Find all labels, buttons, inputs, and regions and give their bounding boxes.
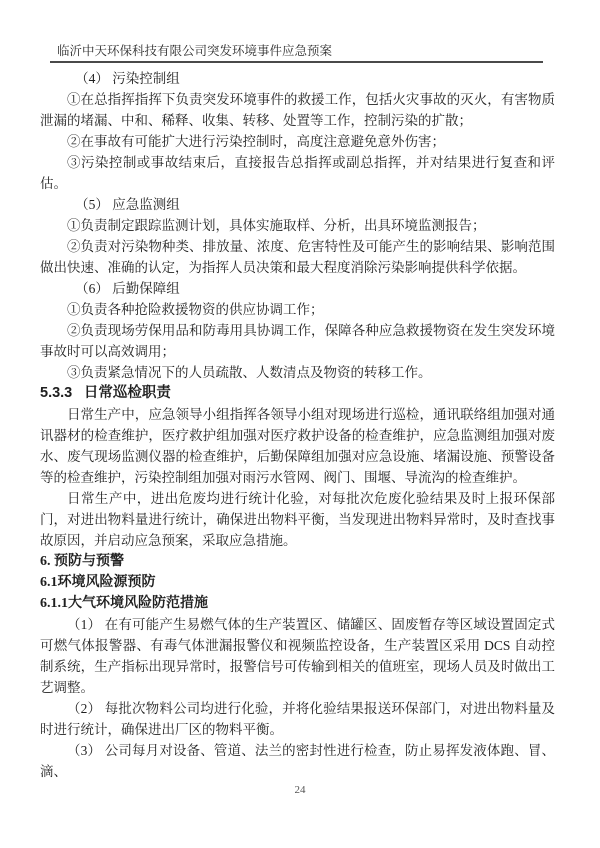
section-heading-533: 5.3.3日常巡检职责 [40, 383, 555, 404]
paragraph: 日常生产中，进出危废均进行统计化验，对每批次危废化验结果及时上报环保部门，对进出… [40, 488, 555, 551]
document-body: （4） 污染控制组 ①在总指挥指挥下负责突发环境事件的救援工作，包括火灾事故的灭… [40, 68, 555, 782]
section-heading-61: 6.1环境风险源预防 [40, 572, 555, 593]
paragraph: ②负责对污染物种类、排放量、浓度、危害特性及可能产生的影响结果、影响范围做出快速… [40, 236, 555, 278]
paragraph: ①负责制定跟踪监测计划，具体实施取样、分析，出具环境监测报告； [40, 215, 555, 236]
paragraph: 日常生产中，应急领导小组指挥各领导小组对现场进行巡检，通讯联络组加强对通讯器材的… [40, 404, 555, 488]
page-footer: 24 [0, 784, 600, 796]
section-heading-6: 6. 预防与预警 [40, 551, 555, 572]
page-header: 临沂中天环保科技有限公司突发环境事件应急预案 [50, 44, 543, 63]
section-title: 日常巡检职责 [84, 385, 171, 401]
paragraph: （2） 每批次物料公司均进行化验，并将化验结果报送环保部门，对进出物料量及时进行… [40, 698, 555, 740]
paragraph: （3） 公司每月对设备、管道、法兰的密封性进行检查，防止易挥发液体跑、冒、滴、 [40, 740, 555, 782]
document-page: 临沂中天环保科技有限公司突发环境事件应急预案 （4） 污染控制组 ①在总指挥指挥… [0, 0, 600, 848]
header-title: 临沂中天环保科技有限公司突发环境事件应急预案 [57, 44, 332, 58]
paragraph: ①负责各种抢险救援物资的供应协调工作； [40, 299, 555, 320]
list-item-group-5: （5） 应急监测组 [40, 194, 555, 215]
section-number: 5.3.3 [40, 385, 72, 401]
paragraph: ②在事故有可能扩大进行污染控制时，高度注意避免意外伤害； [40, 131, 555, 152]
page-number: 24 [295, 784, 306, 796]
list-item-group-6: （6） 后勤保障组 [40, 278, 555, 299]
list-item-group-4: （4） 污染控制组 [40, 68, 555, 89]
paragraph: ③负责紧急情况下的人员疏散、人数清点及物资的转移工作。 [40, 362, 555, 383]
paragraph: ②负责现场劳保用品和防毒用具协调工作，保障各种应急救援物资在发生突发环境事故时可… [40, 320, 555, 362]
paragraph: （1） 在有可能产生易燃气体的生产装置区、储罐区、固废暂存等区域设置固定式可燃气… [40, 614, 555, 698]
paragraph: ①在总指挥指挥下负责突发环境事件的救援工作，包括火灾事故的灭火，有害物质泄漏的堵… [40, 89, 555, 131]
section-heading-611: 6.1.1大气环境风险防范措施 [40, 593, 555, 614]
paragraph: ③污染控制或事故结束后，直接报告总指挥或副总指挥，并对结果进行复查和评估。 [40, 152, 555, 194]
